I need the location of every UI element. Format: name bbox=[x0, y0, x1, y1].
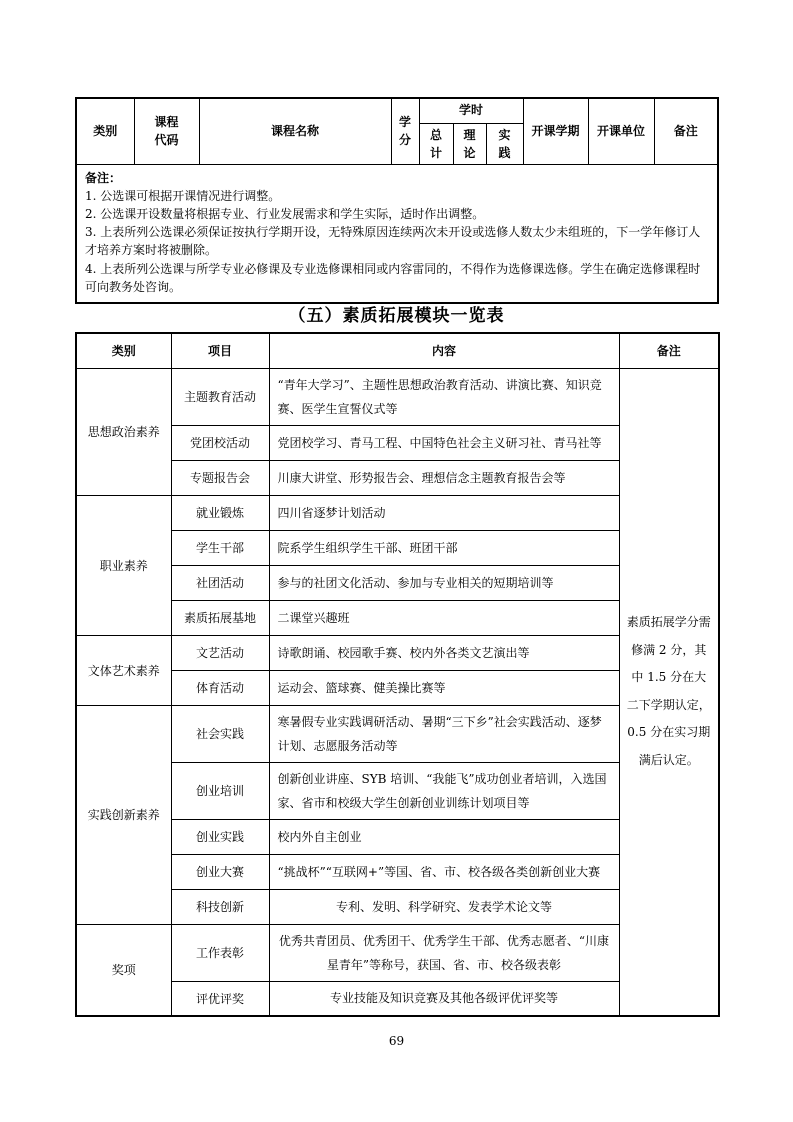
item-cell: 学生干部 bbox=[171, 530, 269, 565]
item-cell: 创业实践 bbox=[171, 819, 269, 854]
course-table: 类别 课程代码 课程名称 学分 学时 开课学期 开课单位 备注 总计 理论 实践… bbox=[75, 97, 719, 304]
col-header-category: 类别 bbox=[76, 98, 134, 164]
notes-cell: 备注： 1. 公选课可根据开课情况进行调整。2. 公选课开设数量将根据专业、行业… bbox=[76, 164, 718, 303]
col-header-credits: 学分 bbox=[391, 98, 419, 164]
section-title: （五）素质拓展模块一览表 bbox=[0, 301, 793, 326]
notes-list: 1. 公选课可根据开课情况进行调整。2. 公选课开设数量将根据专业、行业发展需求… bbox=[85, 187, 709, 296]
content-cell: 四川省逐梦计划活动 bbox=[269, 495, 619, 530]
col-header-hours-practice: 实践 bbox=[486, 123, 523, 164]
remarks-note-cell: 素质拓展学分需修满 2 分，其中 1.5 分在大二下学期认定，0.5 分在实习期… bbox=[619, 368, 719, 1016]
extension-module-table: 类别 项目 内容 备注 思想政治素养主题教育活动“青年大学习”、主题性思想政治教… bbox=[75, 332, 720, 1017]
item-cell: 评优评奖 bbox=[171, 981, 269, 1016]
col-header-hours-total: 总计 bbox=[419, 123, 453, 164]
item-cell: 文艺活动 bbox=[171, 635, 269, 670]
content-cell: 川康大讲堂、形势报告会、理想信念主题教育报告会等 bbox=[269, 460, 619, 495]
content-cell: 创新创业讲座、SYB 培训、“我能飞”成功创业者培训，入选国家、省市和校级大学生… bbox=[269, 762, 619, 819]
ext-header-category: 类别 bbox=[76, 333, 171, 368]
col-header-course-name-label: 课程名称 bbox=[271, 124, 319, 138]
col-header-semester: 开课学期 bbox=[523, 98, 588, 164]
col-header-course-name: 课程名称 bbox=[199, 98, 391, 164]
content-cell: “挑战杯”“互联网+”等国、省、市、校各级各类创新创业大赛 bbox=[269, 854, 619, 889]
item-cell: 党团校活动 bbox=[171, 425, 269, 460]
content-cell: “青年大学习”、主题性思想政治教育活动、讲演比赛、知识竞赛、医学生宣誓仪式等 bbox=[269, 368, 619, 425]
content-cell: 党团校学习、青马工程、中国特色社会主义研习社、青马社等 bbox=[269, 425, 619, 460]
col-header-remarks-label: 备注 bbox=[674, 124, 698, 138]
item-cell: 创业培训 bbox=[171, 762, 269, 819]
content-cell: 运动会、篮球赛、健美操比赛等 bbox=[269, 670, 619, 705]
note-line: 4. 上表所列公选课与所学专业必修课及专业选修课相同或内容雷同的，不得作为选修课… bbox=[85, 260, 709, 296]
col-header-hours: 学时 bbox=[419, 98, 523, 123]
content-cell: 优秀共青团员、优秀团干、优秀学生干部、优秀志愿者、“川康星青年”等称号，获国、省… bbox=[269, 924, 619, 981]
col-header-department: 开课单位 bbox=[588, 98, 654, 164]
col-header-hours-label: 学时 bbox=[459, 103, 483, 117]
item-cell: 体育活动 bbox=[171, 670, 269, 705]
col-header-course-code: 课程代码 bbox=[134, 98, 199, 164]
ext-header-item: 项目 bbox=[171, 333, 269, 368]
document-page: 类别 课程代码 课程名称 学分 学时 开课学期 开课单位 备注 总计 理论 实践… bbox=[0, 0, 793, 1122]
col-header-credits-label: 学分 bbox=[398, 113, 412, 149]
category-cell: 文体艺术素养 bbox=[76, 635, 171, 705]
note-line: 3. 上表所列公选课必须保证按执行学期开设，无特殊原因连续两次未开设或选修人数太… bbox=[85, 223, 709, 259]
item-cell: 科技创新 bbox=[171, 889, 269, 924]
item-cell: 社团活动 bbox=[171, 565, 269, 600]
item-cell: 工作表彰 bbox=[171, 924, 269, 981]
content-cell: 二课堂兴趣班 bbox=[269, 600, 619, 635]
item-cell: 就业锻炼 bbox=[171, 495, 269, 530]
item-cell: 社会实践 bbox=[171, 705, 269, 762]
notes-title: 备注： bbox=[85, 169, 709, 187]
col-header-course-code-label: 课程代码 bbox=[153, 113, 181, 149]
category-cell: 职业素养 bbox=[76, 495, 171, 635]
col-header-hours-total-label: 总计 bbox=[429, 126, 443, 162]
content-cell: 院系学生组织学生干部、班团干部 bbox=[269, 530, 619, 565]
col-header-hours-theory: 理论 bbox=[453, 123, 486, 164]
content-cell: 寒暑假专业实践调研活动、暑期“三下乡”社会实践活动、逐梦计划、志愿服务活动等 bbox=[269, 705, 619, 762]
category-cell: 实践创新素养 bbox=[76, 705, 171, 924]
col-header-category-label: 类别 bbox=[93, 124, 117, 138]
item-cell: 创业大赛 bbox=[171, 854, 269, 889]
col-header-semester-label: 开课学期 bbox=[532, 124, 580, 138]
col-header-hours-theory-label: 理论 bbox=[463, 126, 477, 162]
item-cell: 主题教育活动 bbox=[171, 368, 269, 425]
content-cell: 专利、发明、科学研究、发表学术论文等 bbox=[269, 889, 619, 924]
ext-header-remarks: 备注 bbox=[619, 333, 719, 368]
note-line: 1. 公选课可根据开课情况进行调整。 bbox=[85, 187, 709, 205]
col-header-remarks: 备注 bbox=[654, 98, 718, 164]
col-header-hours-practice-label: 实践 bbox=[498, 126, 512, 162]
col-header-department-label: 开课单位 bbox=[597, 124, 645, 138]
item-cell: 专题报告会 bbox=[171, 460, 269, 495]
item-cell: 素质拓展基地 bbox=[171, 600, 269, 635]
note-line: 2. 公选课开设数量将根据专业、行业发展需求和学生实际，适时作出调整。 bbox=[85, 205, 709, 223]
ext-header-content: 内容 bbox=[269, 333, 619, 368]
content-cell: 参与的社团文化活动、参加与专业相关的短期培训等 bbox=[269, 565, 619, 600]
table-row: 思想政治素养主题教育活动“青年大学习”、主题性思想政治教育活动、讲演比赛、知识竞… bbox=[76, 368, 719, 425]
content-cell: 专业技能及知识竞赛及其他各级评优评奖等 bbox=[269, 981, 619, 1016]
page-number: 69 bbox=[0, 1034, 793, 1048]
content-cell: 校内外自主创业 bbox=[269, 819, 619, 854]
category-cell: 奖项 bbox=[76, 924, 171, 1016]
category-cell: 思想政治素养 bbox=[76, 368, 171, 495]
content-cell: 诗歌朗诵、校园歌手赛、校内外各类文艺演出等 bbox=[269, 635, 619, 670]
